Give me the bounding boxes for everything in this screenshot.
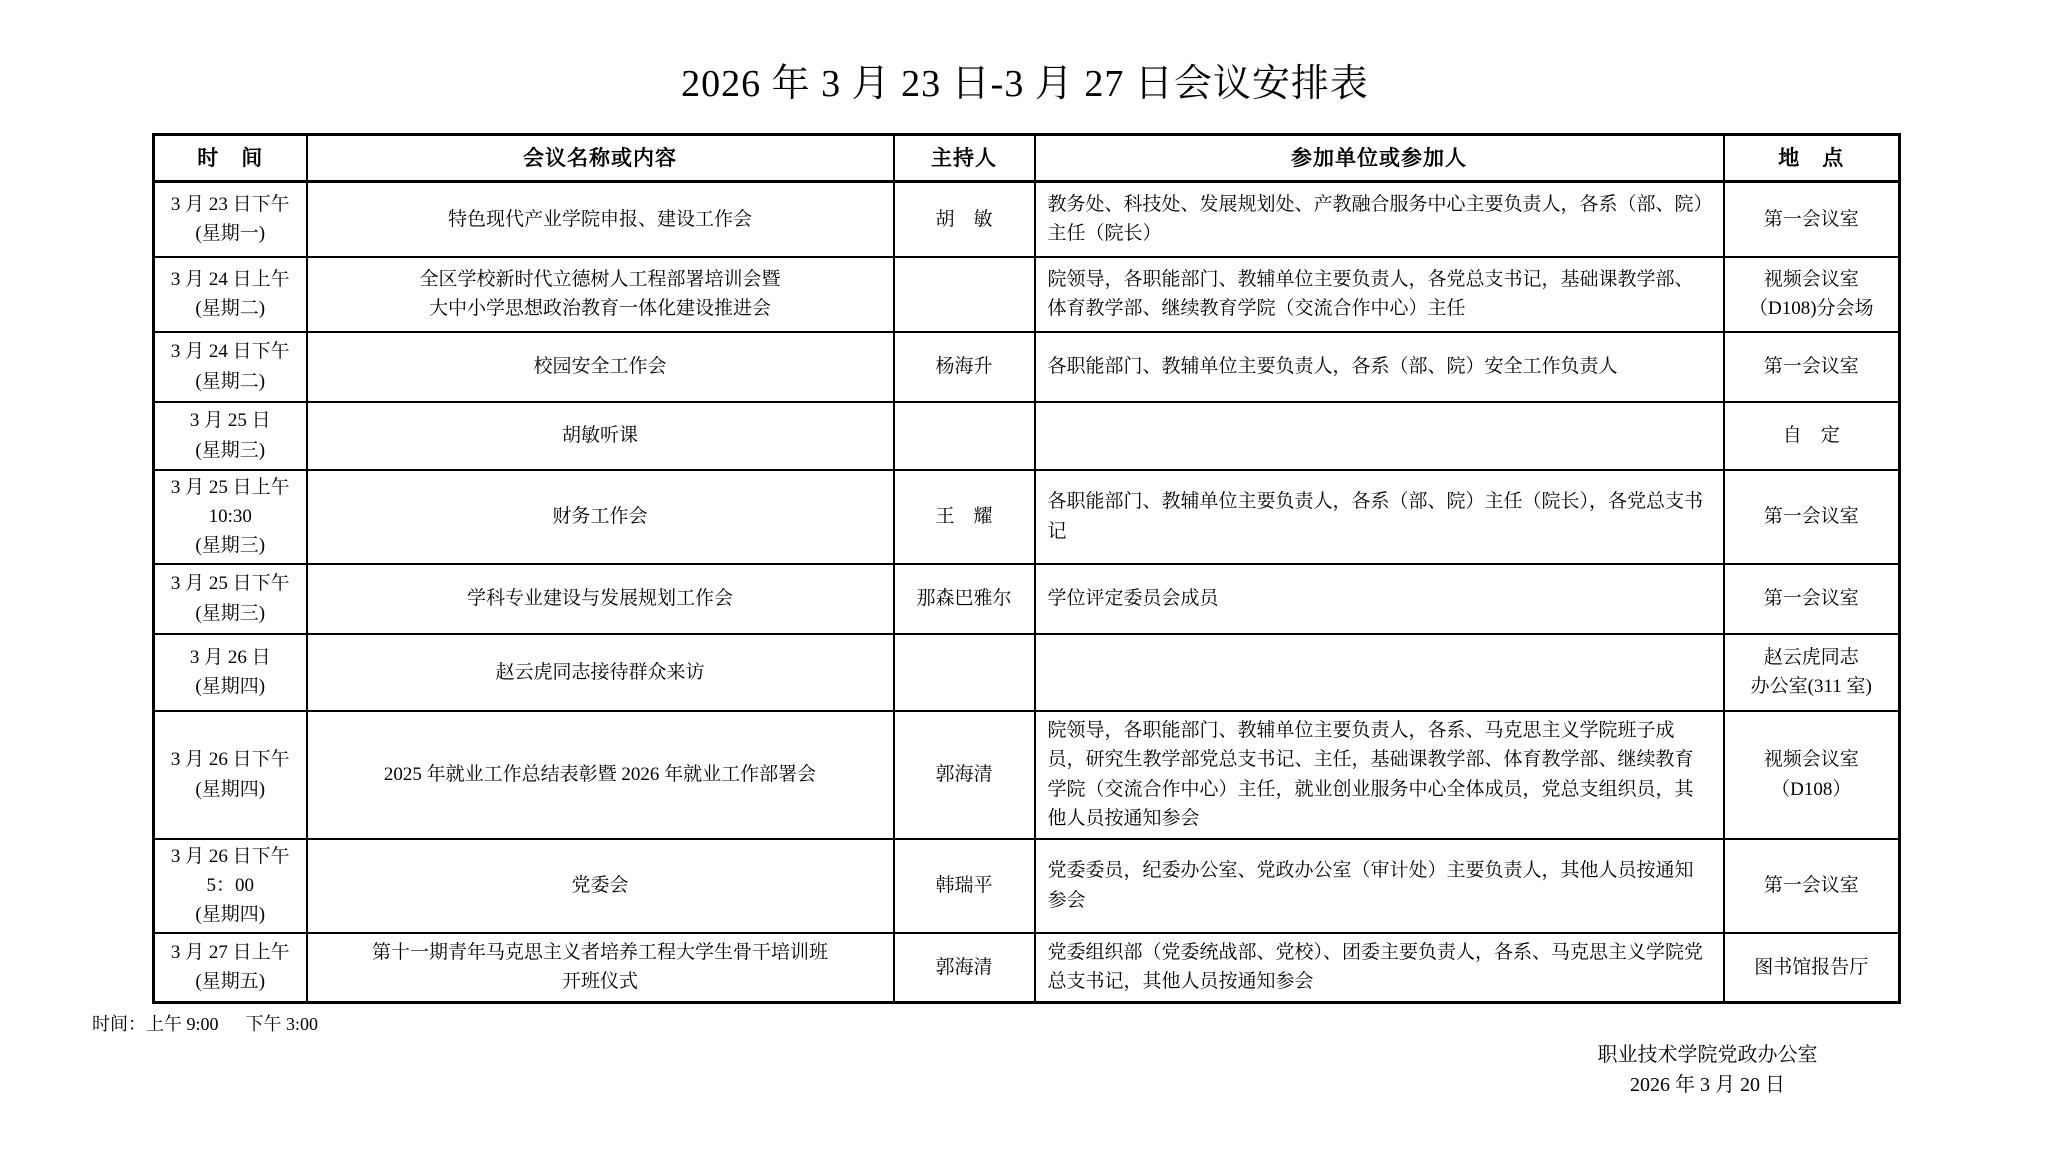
cell-time: 3 月 25 日 (星期三) — [154, 402, 307, 470]
signature-org: 职业技术学院党政办公室 — [1505, 1040, 1910, 1070]
cell-time: 3 月 25 日上午 10:30 (星期三) — [154, 470, 307, 564]
cell-location: 视频会议室 （D108)分会场 — [1724, 257, 1900, 332]
table-row: 3 月 23 日下午 (星期一) 特色现代产业学院申报、建设工作会 胡 敏 教务… — [154, 182, 1900, 257]
cell-host: 韩瑞平 — [894, 839, 1035, 933]
cell-time: 3 月 26 日下午 (星期四) — [154, 711, 307, 839]
cell-location: 视频会议室 （D108） — [1724, 711, 1900, 839]
cell-location: 第一会议室 — [1724, 332, 1900, 402]
cell-host: 王 耀 — [894, 470, 1035, 564]
cell-participants: 各职能部门、教辅单位主要负责人，各系（部、院）安全工作负责人 — [1035, 332, 1724, 402]
cell-location: 第一会议室 — [1724, 564, 1900, 634]
table-row: 3 月 26 日 (星期四) 赵云虎同志接待群众来访 赵云虎同志 办公室(311… — [154, 634, 1900, 711]
table-row: 3 月 24 日下午 (星期二) 校园安全工作会 杨海升 各职能部门、教辅单位主… — [154, 332, 1900, 402]
cell-name: 特色现代产业学院申报、建设工作会 — [307, 182, 894, 257]
cell-name: 学科专业建设与发展规划工作会 — [307, 564, 894, 634]
cell-name: 胡敏听课 — [307, 402, 894, 470]
cell-location: 第一会议室 — [1724, 470, 1900, 564]
signature-block: 职业技术学院党政办公室 2026 年 3 月 20 日 — [1505, 1040, 1910, 1100]
cell-host — [894, 257, 1035, 332]
cell-host: 杨海升 — [894, 332, 1035, 402]
cell-time: 3 月 26 日 (星期四) — [154, 634, 307, 711]
cell-time: 3 月 23 日下午 (星期一) — [154, 182, 307, 257]
cell-location: 第一会议室 — [1724, 839, 1900, 933]
cell-time: 3 月 24 日上午 (星期二) — [154, 257, 307, 332]
cell-participants: 党委委员，纪委办公室、党政办公室（审计处）主要负责人，其他人员按通知参会 — [1035, 839, 1724, 933]
cell-host: 那森巴雅尔 — [894, 564, 1035, 634]
col-header-time: 时 间 — [154, 135, 307, 182]
cell-participants: 教务处、科技处、发展规划处、产教融合服务中心主要负责人，各系（部、院）主任（院长… — [1035, 182, 1724, 257]
cell-name: 财务工作会 — [307, 470, 894, 564]
table-row: 3 月 24 日上午 (星期二) 全区学校新时代立德树人工程部署培训会暨 大中小… — [154, 257, 1900, 332]
cell-name: 全区学校新时代立德树人工程部署培训会暨 大中小学思想政治教育一体化建设推进会 — [307, 257, 894, 332]
document-page: 2026 年 3 月 23 日-3 月 27 日会议安排表 时 间 会议名称或内… — [0, 0, 2048, 1160]
col-header-host: 主持人 — [894, 135, 1035, 182]
col-header-participants: 参加单位或参加人 — [1035, 135, 1724, 182]
table-row: 3 月 25 日下午 (星期三) 学科专业建设与发展规划工作会 那森巴雅尔 学位… — [154, 564, 1900, 634]
cell-host: 胡 敏 — [894, 182, 1035, 257]
table-row: 3 月 27 日上午 (星期五) 第十一期青年马克思主义者培养工程大学生骨干培训… — [154, 933, 1900, 1002]
cell-location: 第一会议室 — [1724, 182, 1900, 257]
cell-location: 赵云虎同志 办公室(311 室) — [1724, 634, 1900, 711]
cell-name: 校园安全工作会 — [307, 332, 894, 402]
cell-participants: 各职能部门、教辅单位主要负责人，各系（部、院）主任（院长），各党总支书记 — [1035, 470, 1724, 564]
cell-participants: 学位评定委员会成员 — [1035, 564, 1724, 634]
signature-date: 2026 年 3 月 20 日 — [1505, 1070, 1910, 1100]
footer-time-note: 时间：上午 9:00 下午 3:00 — [92, 1010, 318, 1036]
cell-location: 自 定 — [1724, 402, 1900, 470]
cell-participants: 院领导，各职能部门、教辅单位主要负责人，各系、马克思主义学院班子成员，研究生教学… — [1035, 711, 1724, 839]
table-row: 3 月 26 日下午 (星期四) 2025 年就业工作总结表彰暨 2026 年就… — [154, 711, 1900, 839]
cell-time: 3 月 27 日上午 (星期五) — [154, 933, 307, 1002]
page-title: 2026 年 3 月 23 日-3 月 27 日会议安排表 — [152, 52, 1898, 107]
cell-host: 郭海清 — [894, 711, 1035, 839]
cell-name: 党委会 — [307, 839, 894, 933]
cell-participants — [1035, 402, 1724, 470]
cell-name: 赵云虎同志接待群众来访 — [307, 634, 894, 711]
cell-participants: 党委组织部（党委统战部、党校）、团委主要负责人，各系、马克思主义学院党总支书记，… — [1035, 933, 1724, 1002]
schedule-table: 时 间 会议名称或内容 主持人 参加单位或参加人 地 点 3 月 23 日下午 … — [152, 133, 1901, 1004]
table-row: 3 月 26 日下午 5：00 (星期四) 党委会 韩瑞平 党委委员，纪委办公室… — [154, 839, 1900, 933]
cell-participants — [1035, 634, 1724, 711]
cell-host — [894, 634, 1035, 711]
table-row: 3 月 25 日上午 10:30 (星期三) 财务工作会 王 耀 各职能部门、教… — [154, 470, 1900, 564]
table-row: 3 月 25 日 (星期三) 胡敏听课 自 定 — [154, 402, 1900, 470]
header-row: 时 间 会议名称或内容 主持人 参加单位或参加人 地 点 — [154, 135, 1900, 182]
col-header-location: 地 点 — [1724, 135, 1900, 182]
cell-host — [894, 402, 1035, 470]
col-header-meeting: 会议名称或内容 — [307, 135, 894, 182]
cell-time: 3 月 25 日下午 (星期三) — [154, 564, 307, 634]
cell-name: 第十一期青年马克思主义者培养工程大学生骨干培训班 开班仪式 — [307, 933, 894, 1002]
cell-location: 图书馆报告厅 — [1724, 933, 1900, 1002]
cell-participants: 院领导，各职能部门、教辅单位主要负责人，各党总支书记，基础课教学部、体育教学部、… — [1035, 257, 1724, 332]
cell-host: 郭海清 — [894, 933, 1035, 1002]
cell-time: 3 月 24 日下午 (星期二) — [154, 332, 307, 402]
cell-name: 2025 年就业工作总结表彰暨 2026 年就业工作部署会 — [307, 711, 894, 839]
cell-time: 3 月 26 日下午 5：00 (星期四) — [154, 839, 307, 933]
